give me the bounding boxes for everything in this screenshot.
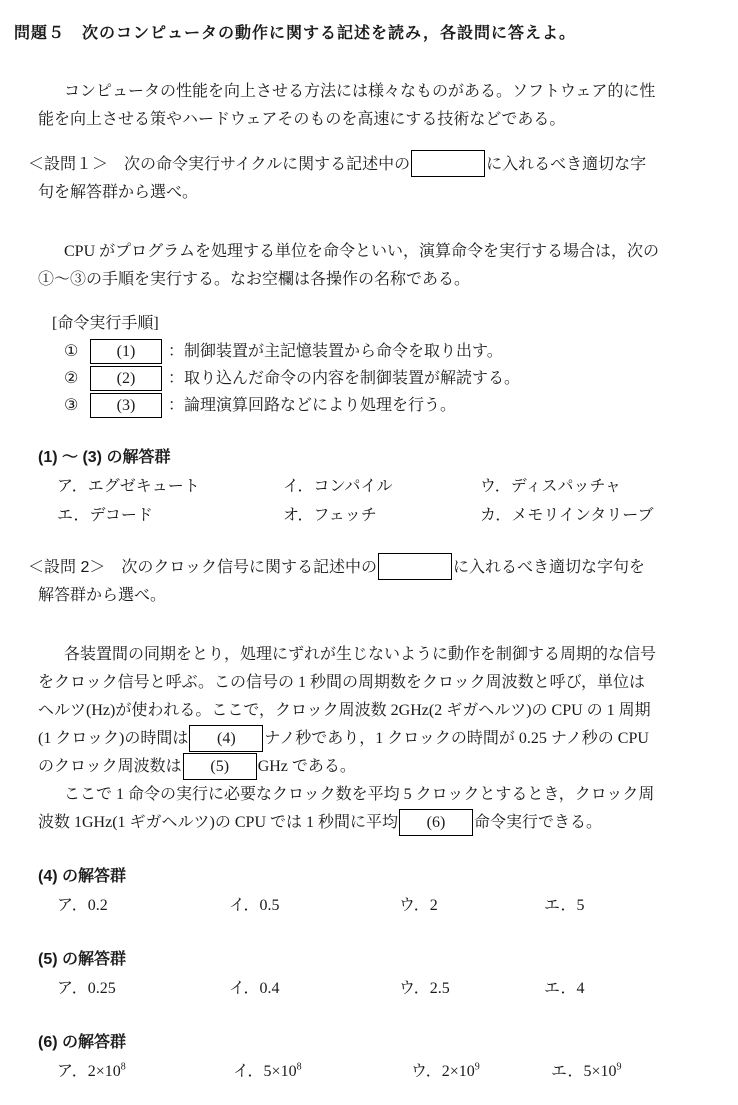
option-i-exponent: 8: [297, 1062, 302, 1073]
answer-box-6: (6): [399, 809, 473, 836]
q2-heading-line-2: 解答群から選べ。: [38, 582, 710, 610]
answer-group-1-3-header: (1) ～ (3) の解答群: [38, 444, 738, 472]
q2-para1-line-4-before: (1 クロック)の時間は: [38, 730, 188, 747]
exam-document-page: 問題５ 次のコンピュータの動作に関する記述を読み，各設問に答えよ。 コンピュータ…: [0, 0, 738, 1105]
option-a: ア．0.2: [57, 891, 229, 920]
option-e: エ．4: [544, 974, 584, 1003]
option-u: ウ．2×109: [411, 1057, 551, 1086]
option-e: エ．5×109: [551, 1057, 622, 1086]
option-i: イ．5×108: [233, 1057, 411, 1086]
q1-heading: ＜設問１＞ 次の命令実行サイクルに関する記述中のに入れるべき適切な字 句を解答群…: [28, 151, 710, 207]
q2-para2-line-2: 波数 1GHz(1 ギガヘルツ)の CPU では 1 秒間に平均(6)命令実行で…: [38, 809, 700, 837]
option-a: ア．2×108: [57, 1057, 233, 1086]
q1-body-line-1: CPU がプログラムを処理する単位を命令といい，演算命令を実行する場合は，次の: [38, 238, 700, 266]
step-2-description: ：取り込んだ命令の内容を制御装置が解読する。: [168, 365, 520, 393]
answer-box-5: (5): [183, 753, 257, 780]
answer-group-1-3: (1) ～ (3) の解答群 ア．エグゼキュート イ．コンパイル ウ．ディスパッ…: [38, 444, 738, 530]
answer-group-1-3-row-2: エ．デコード オ．フェッチ カ．メモリインタリーブ: [57, 501, 738, 530]
q2-heading-text-after: に入れるべき適切な字句を: [453, 559, 645, 576]
answer-group-4-header: (4) の解答群: [38, 863, 738, 891]
q1-heading-line-2: 句を解答群から選べ。: [38, 179, 710, 207]
step-3-description: ：論理演算回路などにより処理を行う。: [168, 392, 456, 420]
q2-para1-line-1: 各装置間の同期をとり，処理にずれが生じないように動作を制御する周期的な信号: [38, 641, 700, 669]
instruction-steps-title: [命令実行手順]: [52, 310, 738, 338]
q2-para2-line-2-after: 命令実行できる。: [474, 814, 602, 831]
option-e: エ．デコード: [57, 501, 283, 530]
step-3-number: ③: [64, 392, 90, 420]
answer-group-6-header: (6) の解答群: [38, 1029, 738, 1057]
option-a-exponent: 8: [121, 1062, 126, 1073]
q2-para1-line-5: のクロック周波数は(5)GHz である。: [38, 753, 700, 781]
step-1-number: ①: [64, 338, 90, 366]
step-1-answer-box: (1): [90, 339, 162, 364]
option-u: ウ．2: [399, 891, 544, 920]
answer-group-5-row: ア．0.25 イ．0.4 ウ．2.5 エ．4: [57, 974, 738, 1003]
option-o: オ．フェッチ: [283, 501, 480, 530]
q2-para1-line-5-after: GHz である。: [258, 758, 356, 775]
q2-clock-paragraph: 各装置間の同期をとり，処理にずれが生じないように動作を制御する周期的な信号 をク…: [38, 641, 700, 837]
step-1-description: ：制御装置が主記憶装置から命令を取り出す。: [168, 338, 503, 366]
answer-group-6: (6) の解答群 ア．2×108 イ．5×108 ウ．2×109 エ．5×109: [38, 1029, 738, 1086]
option-i-base: イ．5×10: [233, 1063, 297, 1080]
q2-para1-line-4: (1 クロック)の時間は(4)ナノ秒であり，1 クロックの時間が 0.25 ナノ…: [38, 725, 700, 753]
q2-para1-line-2: をクロック信号と呼ぶ。この信号の 1 秒間の周期数をクロック周波数と呼び，単位は: [38, 669, 700, 697]
option-u-base: ウ．2×10: [411, 1063, 475, 1080]
step-3: ③ (3) ：論理演算回路などにより処理を行う。: [64, 392, 738, 419]
q2-para2-line-2-before: 波数 1GHz(1 ギガヘルツ)の CPU では 1 秒間に平均: [38, 814, 398, 831]
step-1: ① (1) ：制御装置が主記憶装置から命令を取り出す。: [64, 338, 738, 365]
answer-group-5-header: (5) の解答群: [38, 946, 738, 974]
answer-group-5: (5) の解答群 ア．0.25 イ．0.4 ウ．2.5 エ．4: [38, 946, 738, 1003]
option-i: イ．コンパイル: [283, 472, 480, 501]
step-2-number: ②: [64, 365, 90, 393]
option-e-base: エ．5×10: [551, 1063, 617, 1080]
intro-line-2: 能を向上させる策やハードウェアそのものを高速にする技術などである。: [38, 106, 700, 134]
q2-heading: ＜設問 2＞ 次のクロック信号に関する記述中のに入れるべき適切な字句を 解答群か…: [28, 554, 710, 610]
instruction-steps: ① (1) ：制御装置が主記憶装置から命令を取り出す。 ② (2) ：取り込んだ…: [64, 338, 738, 419]
q1-blank-box: [411, 150, 485, 177]
option-a: ア．0.25: [57, 974, 229, 1003]
option-ka: カ．メモリインタリーブ: [480, 501, 653, 530]
q2-blank-box: [378, 553, 452, 580]
q1-heading-text-after: に入れるべき適切な字: [486, 156, 646, 173]
q1-body-line-2: ①～③の手順を実行する。なお空欄は各操作の名称である。: [38, 266, 700, 294]
option-e: エ．5: [544, 891, 584, 920]
option-u: ウ．2.5: [399, 974, 544, 1003]
step-2-answer-box: (2): [90, 366, 162, 391]
answer-group-1-3-row-1: ア．エグゼキュート イ．コンパイル ウ．ディスパッチャ: [57, 472, 738, 501]
intro-line-1: コンピュータの性能を向上させる方法には様々なものがある。ソフトウェア的に性: [38, 78, 700, 106]
q2-para1-line-3: ヘルツ(Hz)が使われる。ここで，クロック周波数 2GHz(2 ギガヘルツ)の …: [38, 697, 700, 725]
intro-paragraph: コンピュータの性能を向上させる方法には様々なものがある。ソフトウェア的に性 能を…: [38, 78, 700, 134]
option-a-base: ア．2×10: [57, 1063, 121, 1080]
step-2: ② (2) ：取り込んだ命令の内容を制御装置が解読する。: [64, 365, 738, 392]
q2-para1-line-5-before: のクロック周波数は: [38, 758, 182, 775]
q1-heading-text-before: ＜設問１＞ 次の命令実行サイクルに関する記述中の: [28, 156, 410, 173]
q2-para1-line-4-after: ナノ秒であり，1 クロックの時間が 0.25 ナノ秒の CPU: [264, 730, 649, 747]
answer-group-4: (4) の解答群 ア．0.2 イ．0.5 ウ．2 エ．5: [38, 863, 738, 920]
option-a: ア．エグゼキュート: [57, 472, 283, 501]
option-u: ウ．ディスパッチャ: [480, 472, 621, 501]
option-i: イ．0.5: [229, 891, 399, 920]
answer-box-4: (4): [189, 725, 263, 752]
q1-body-paragraph: CPU がプログラムを処理する単位を命令といい，演算命令を実行する場合は，次の …: [38, 238, 700, 294]
option-e-exponent: 9: [617, 1062, 622, 1073]
q2-para2-line-1: ここで 1 命令の実行に必要なクロック数を平均 5 クロックとするとき，クロック…: [38, 781, 700, 809]
option-u-exponent: 9: [475, 1062, 480, 1073]
problem-title: 問題５ 次のコンピュータの動作に関する記述を読み，各設問に答えよ。: [14, 20, 738, 48]
answer-group-4-row: ア．0.2 イ．0.5 ウ．2 エ．5: [57, 891, 738, 920]
answer-group-6-row: ア．2×108 イ．5×108 ウ．2×109 エ．5×109: [57, 1057, 738, 1086]
q2-heading-text-before: ＜設問 2＞ 次のクロック信号に関する記述中の: [28, 559, 377, 576]
step-3-answer-box: (3): [90, 393, 162, 418]
option-i: イ．0.4: [229, 974, 399, 1003]
